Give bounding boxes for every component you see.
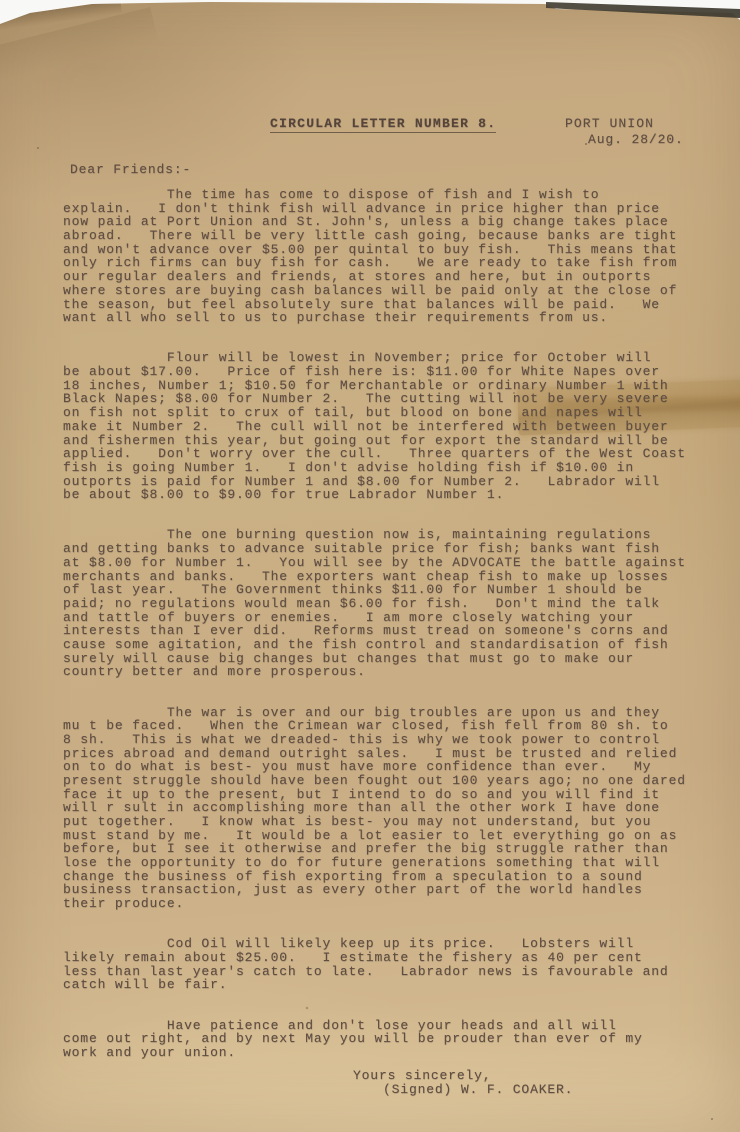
paragraph: Flour will be lowest in November; price … xyxy=(63,351,723,502)
letter-line: work and your union. xyxy=(63,1046,723,1060)
letter-line: our regular dealers and friends, at stor… xyxy=(63,270,723,284)
letter-line: now paid at Port Union and St. John's, u… xyxy=(63,215,723,229)
letter-line: be about $8.00 to $9.00 for true Labrado… xyxy=(63,488,723,502)
closing-sincerely: Yours sincerely, xyxy=(353,1069,573,1083)
paper: CIRCULAR LETTER NUMBER 8. PORT UNION Aug… xyxy=(0,0,740,1132)
letter-line: their produce. xyxy=(63,897,723,911)
letter-line: Cod Oil will likely keep up its price. L… xyxy=(63,937,723,951)
letter-line: The one burning question now is, maintai… xyxy=(63,528,723,542)
letter-line: cause some agitation, and the fish contr… xyxy=(63,638,723,652)
header: CIRCULAR LETTER NUMBER 8. xyxy=(270,114,496,133)
letter-line: The war is over and our big troubles are… xyxy=(63,706,723,720)
letter-line: paid; no regulations would mean $6.00 fo… xyxy=(63,597,723,611)
letter-line: at $8.00 for Number 1. You will see by t… xyxy=(63,556,723,570)
letter-line: catch will be fair. xyxy=(63,978,723,992)
letter-line: business transaction, just as every othe… xyxy=(63,883,723,897)
paragraph: The war is over and our big troubles are… xyxy=(63,706,723,911)
letter-line: must stand by me. It would be a lot easi… xyxy=(63,829,723,843)
letter-line: on fish not split to crux of tail, but b… xyxy=(63,406,723,420)
letter-line: want all who sell to us to purchase thei… xyxy=(63,311,723,325)
letter-line: outports is paid for Number 1 and $8.00 … xyxy=(63,475,723,489)
letter-line: less than last year's catch to late. Lab… xyxy=(63,965,723,979)
letter-line: make it Number 2. The cull will not be i… xyxy=(63,420,723,434)
letter-line: merchants and banks. The exporters want … xyxy=(63,570,723,584)
letter-line: and fishermen this year, but going out f… xyxy=(63,434,723,448)
letter-line: only rich firms can buy fish for cash. W… xyxy=(63,256,723,270)
letter-line: be about $17.00. Price of fish here is: … xyxy=(63,365,723,379)
scan-background: CIRCULAR LETTER NUMBER 8. PORT UNION Aug… xyxy=(0,0,740,1132)
letter-line: and getting banks to advance suitable pr… xyxy=(63,542,723,556)
letter-line: The time has come to dispose of fish and… xyxy=(63,188,723,202)
letter-line: country better and more prosperous. xyxy=(63,665,723,679)
letter-line: present struggle should have been fought… xyxy=(63,774,723,788)
letter-line: abroad. There will be very little cash g… xyxy=(63,229,723,243)
paper-specks xyxy=(0,0,2,2)
letter-line: Flour will be lowest in November; price … xyxy=(63,351,723,365)
letter-line: applied. Don't worry over the cull. Thre… xyxy=(63,447,723,461)
paragraph: Have patience and don't lose your heads … xyxy=(63,1019,723,1060)
letter-line: surely will cause big changes but change… xyxy=(63,652,723,666)
letter-line: likely remain about $25.00. I estimate t… xyxy=(63,951,723,965)
letter-line: the season, but feel absolutely sure tha… xyxy=(63,298,723,312)
letter-line: Black Napes; $8.00 for Number 2. The cut… xyxy=(63,392,723,406)
letter-line: explain. I don't think fish will advance… xyxy=(63,202,723,216)
letter-line: where stores are buying cash balances wi… xyxy=(63,284,723,298)
letter-line: and won't advance over $5.00 per quintal… xyxy=(63,243,723,257)
letter-line: on to do what is best- you must have mor… xyxy=(63,760,723,774)
letter-line: come out right, and by next May you will… xyxy=(63,1032,723,1046)
letter-line: interests than I ever did. Reforms must … xyxy=(63,624,723,638)
letter-line: before, but I see it otherwise and prefe… xyxy=(63,842,723,856)
letter-line: fish is going Number 1. I don't advise h… xyxy=(63,461,723,475)
letter-line: face it up to the present, but I intend … xyxy=(63,788,723,802)
letter-line: change the business of fish exporting fr… xyxy=(63,870,723,884)
letter-line: lose the opportunity to do for future ge… xyxy=(63,856,723,870)
paragraph: The one burning question now is, maintai… xyxy=(63,528,723,679)
salutation: Dear Friends:- xyxy=(70,162,191,177)
letter-date: Aug. 28/20. xyxy=(588,132,684,147)
letter-line: 18 inches, Number 1; $10.50 for Merchant… xyxy=(63,379,723,393)
letter-line: 8 sh. This is what we dreaded- this is w… xyxy=(63,733,723,747)
letter-body: The time has come to dispose of fish and… xyxy=(63,188,723,1086)
letter-title: CIRCULAR LETTER NUMBER 8. xyxy=(270,116,496,133)
letter-line: will r sult in accomplishing more than a… xyxy=(63,801,723,815)
letter-line: Have patience and don't lose your heads … xyxy=(63,1019,723,1033)
letter-line: mu t be faced. When the Crimean war clos… xyxy=(63,719,723,733)
letter-line: put together. I know what is best- you m… xyxy=(63,815,723,829)
letter-line: and tattle of buyers or enemies. I am mo… xyxy=(63,611,723,625)
closing: Yours sincerely, (Signed) W. F. COAKER. xyxy=(353,1069,573,1096)
letter-line: prices abroad and demand outright sales.… xyxy=(63,747,723,761)
letter-place: PORT UNION xyxy=(565,116,654,131)
paragraph: The time has come to dispose of fish and… xyxy=(63,188,723,325)
paragraph: Cod Oil will likely keep up its price. L… xyxy=(63,937,723,992)
letter-line: of last year. The Government thinks $11.… xyxy=(63,583,723,597)
closing-signature: (Signed) W. F. COAKER. xyxy=(383,1083,573,1097)
